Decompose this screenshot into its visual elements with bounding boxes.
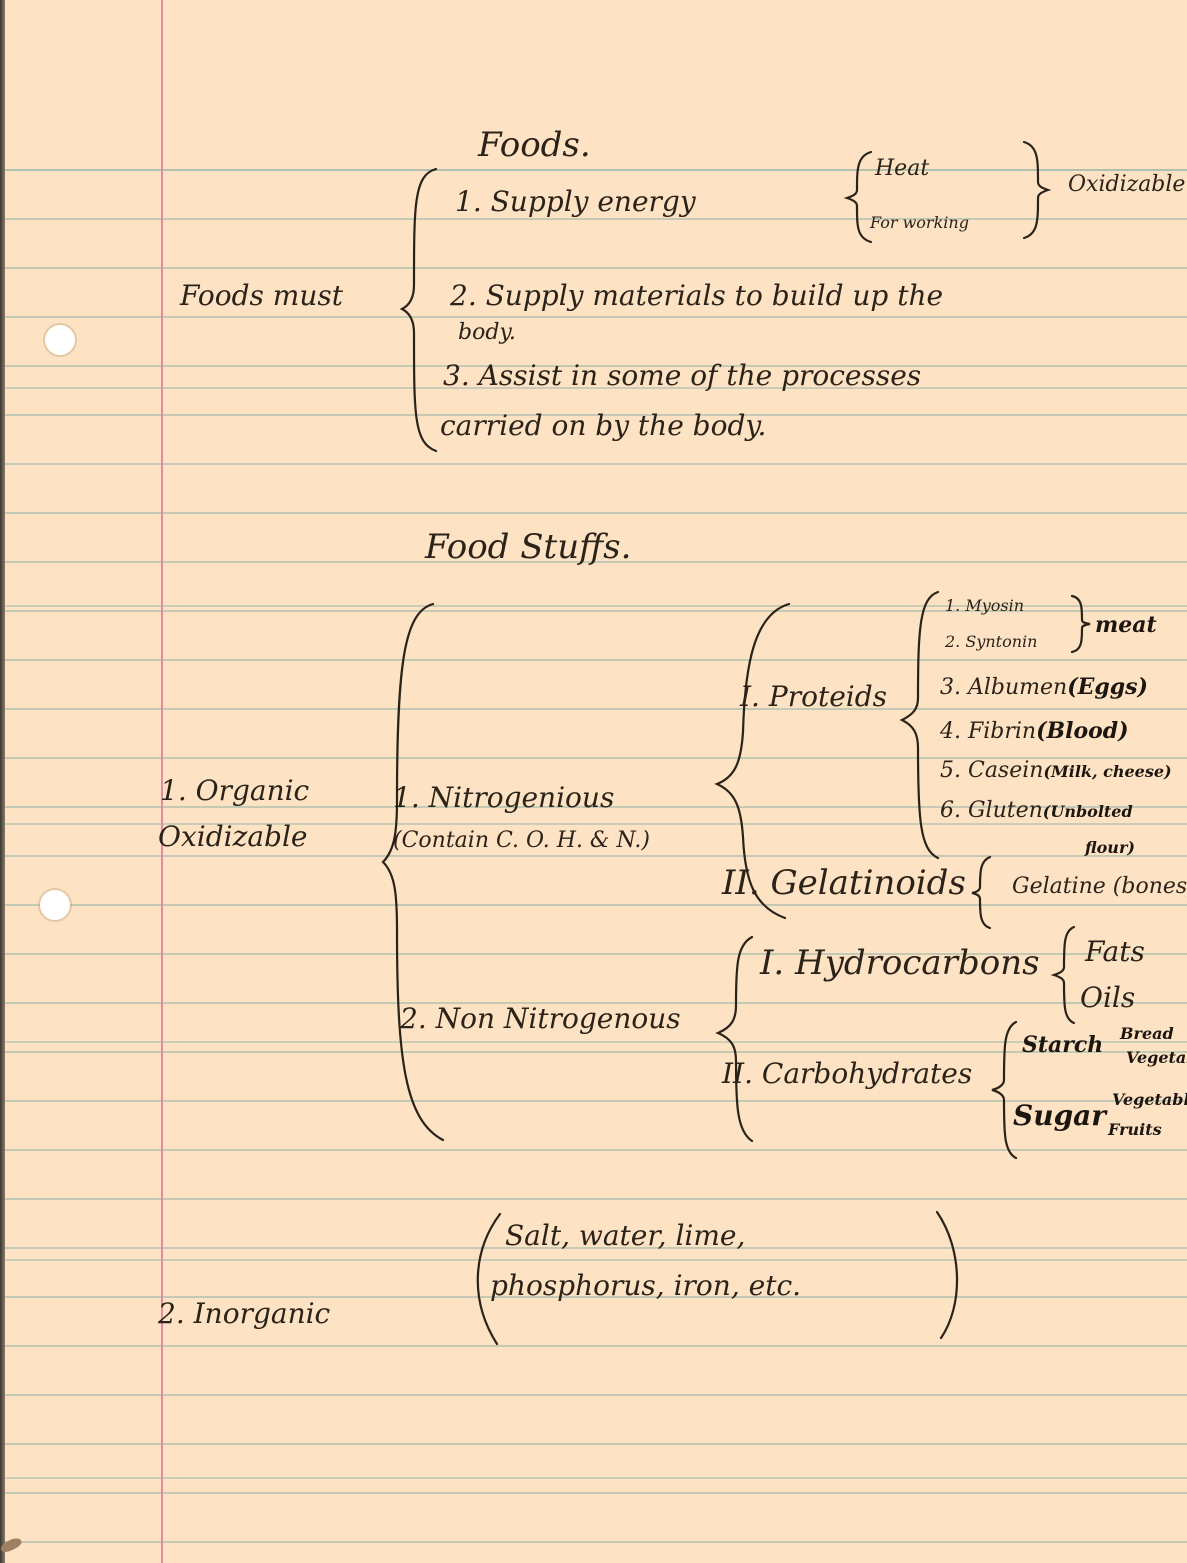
carbohydrates-brace-icon [990,1020,1020,1160]
hydrocarbons-brace-icon [1052,925,1077,1025]
starch-source-2: Vegetables [1126,1050,1187,1066]
proteid-gluten-source-line2: flour) [1085,840,1135,856]
foods-must-label: Foods must [180,282,343,310]
energy-type-heat: Heat [875,158,929,180]
proteids-label: I. Proteids [740,683,887,711]
proteids-brace-icon [898,588,943,863]
nitrogenous-note: (Contain C. O. H. & N.) [393,830,650,852]
punch-hole-top [45,325,75,355]
gelatine-item: Gelatine (bones) [1012,876,1187,898]
carbohydrate-sugar: Sugar [1013,1102,1106,1130]
organic-label-line1: 1. Organic [160,777,309,805]
hydrocarbons-label: I. Hydrocarbons [760,946,1040,980]
non-nitrogenous-brace-icon [712,935,757,1145]
carbohydrates-label: II. Carbohydrates [722,1060,972,1088]
proteid-myosin: 1. Myosin [945,598,1024,614]
oxidizable-label: Oxidizable [1068,174,1185,196]
inorganic-examples-line1: Salt, water, lime, [505,1222,745,1250]
organic-label-line2: Oxidizable [158,823,307,851]
hydrocarbon-fats: Fats [1085,938,1145,966]
oxidizable-brace-icon [1020,140,1050,240]
gelatinoids-label: II. Gelatinoids [722,866,966,900]
foods-must-brace-icon [400,165,440,455]
inorganic-examples-line2: phosphorus, iron, etc. [490,1272,801,1300]
punch-hole-bottom [40,890,70,920]
food-stuffs-title: Food Stuffs. [425,530,631,564]
hydrocarbon-oils: Oils [1080,984,1135,1012]
proteid-casein: 5. Casein(Milk, cheese) [940,760,1172,782]
foods-item-3-continuation: carried on by the body. [440,412,766,440]
proteid-fibrin: 4. Fibrin(Blood) [940,720,1129,743]
organic-brace-icon [375,600,450,1145]
proteid-syntonin: 2. Syntonin [945,634,1037,650]
gelatinoids-brace-icon [970,855,992,930]
carbohydrate-starch: Starch [1022,1034,1103,1056]
foods-item-2-continuation: body. [458,322,516,344]
foods-item-2: 2. Supply materials to build up the [450,282,943,310]
proteid-albumen: 3. Albumen(Eggs) [940,676,1148,699]
nitrogenous-label: 1. Nitrogenious [393,784,614,812]
meat-label: meat [1095,614,1157,636]
starch-source-1: Bread [1120,1026,1174,1042]
foods-item-3: 3. Assist in some of the processes [443,362,921,390]
sugar-source-1: Vegetables [1112,1092,1187,1108]
proteid-gluten: 6. Gluten(Unbolted [940,800,1133,822]
meat-brace-icon [1070,594,1092,654]
non-nitrogenous-label: 2. Non Nitrogenous [400,1005,681,1033]
inorganic-label: 2. Inorganic [158,1300,330,1328]
foods-item-1: 1. Supply energy [455,188,696,216]
foods-title: Foods. [478,128,591,162]
sugar-source-2: Fruits [1108,1122,1162,1138]
page-edge-shadow [0,0,5,1563]
energy-type-working: For working [870,215,969,231]
